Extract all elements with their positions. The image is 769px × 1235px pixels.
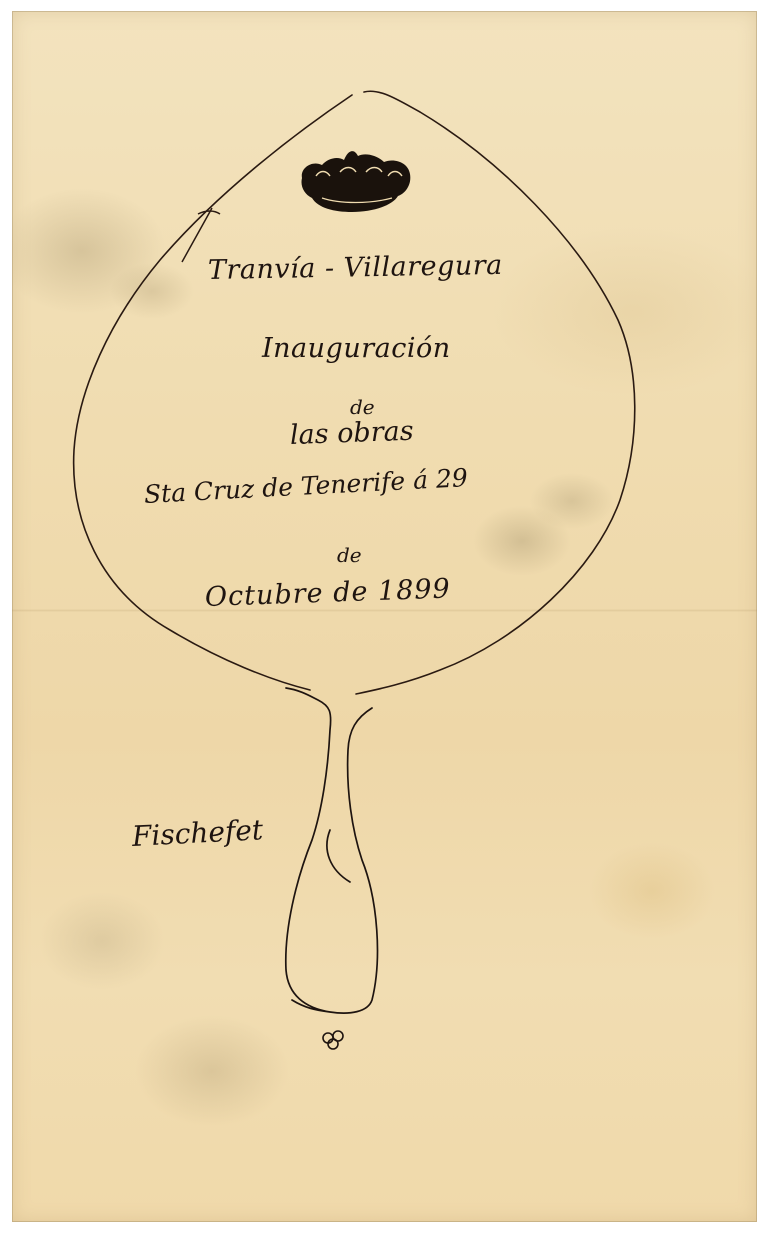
document-page: Tranvía - Villaregura Inauguración de la… [0, 0, 769, 1235]
handle-knot-icon [323, 1031, 343, 1049]
inscription-de-2: de [337, 543, 362, 567]
inscription-title: Tranvía - Villaregura [208, 250, 503, 286]
inscription-las-obras: las obras [289, 416, 414, 451]
crown-icon [301, 151, 410, 212]
trowel-drawing [0, 0, 769, 1235]
trowel-handle-outline [286, 688, 378, 1013]
inscription-de: de [350, 395, 375, 419]
signature: Fischefet [131, 813, 264, 853]
inscription-inauguration: Inauguración [262, 333, 451, 364]
